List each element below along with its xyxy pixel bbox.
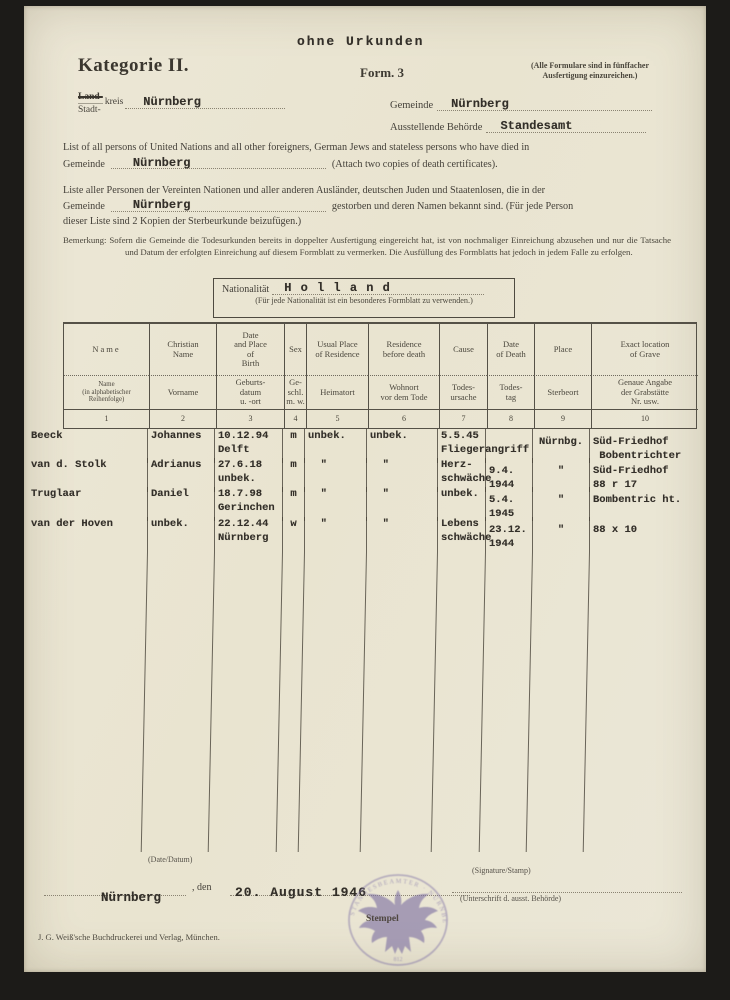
nationality-box: NationalitätH o l l a n d (Für jede Nati… [213, 278, 515, 318]
german-intro-line2: GemeindeNürnberggestorben und deren Name… [63, 199, 673, 215]
cell-death-place: " [533, 517, 590, 552]
deaths-table: Name Christian Name Date and Place of Bi… [63, 322, 697, 852]
category-title: Kategorie II. [78, 55, 189, 77]
header-cell-name-en: Name [64, 324, 149, 376]
header-cell-residence-en: Usual Place of Residence [306, 324, 368, 376]
english-intro-line1: List of all persons of United Nations an… [63, 140, 673, 156]
empty-column [527, 552, 590, 852]
place-typed: Nürnberg [101, 891, 161, 905]
kreis-label: kreis [105, 97, 123, 107]
english-intro: List of all persons of United Nations an… [63, 140, 673, 173]
empty-column [480, 552, 533, 852]
gemeinde-dotted-line-en: Nürnberg [111, 156, 326, 169]
cell-residence: " [305, 517, 367, 552]
column-number: 2 [149, 410, 216, 428]
nationality-note: (Für jede Nationalität ist ein besondere… [222, 296, 506, 305]
column-number: 3 [216, 410, 284, 428]
gemeinde-field: GemeindeNürnberg [390, 98, 652, 111]
cell-birth: 18.7.98 Gerinchen [215, 487, 283, 521]
stempel-label: Stempel [366, 914, 399, 924]
ohne-urkunden-note: ohne Urkunden [297, 34, 424, 49]
cell-residence-before-death: " [367, 487, 438, 521]
nationality-label: Nationalität [222, 284, 269, 295]
cell-death-date: 23.12. 1944 [486, 517, 533, 552]
authority-dotted-line: Standesamt [486, 120, 646, 133]
table-row: Beeck Johannes 10.12.94 Delft m unbek. u… [63, 429, 697, 458]
header-cell-geburtsdatum-de: Geburts- datum u. -ort [216, 376, 284, 410]
header-cell-name-de: Name (in alphabetischer Reihenfolge) [64, 376, 149, 410]
cell-sex: w [283, 517, 305, 552]
german-intro-line3: dieser Liste sind 2 Kopien der Sterbeurk… [63, 214, 673, 230]
header-cell-todesursache-de: Todes- ursache [439, 376, 487, 410]
authority-label: Ausstellende Behörde [390, 122, 482, 133]
den-label: , den [192, 882, 211, 893]
remark-text: Sofern die Gemeinde die Todesurkunden be… [109, 235, 671, 257]
header-cell-christian-name-en: Christian Name [149, 324, 216, 376]
empty-column [432, 552, 486, 852]
column-number: 7 [439, 410, 487, 428]
empty-column [142, 552, 215, 852]
authority-value: Standesamt [500, 119, 572, 133]
cell-sex: m [283, 487, 305, 521]
cell-name: van der Hoven [63, 517, 148, 552]
header-cell-sex-en: Sex [284, 324, 306, 376]
cell-grave: 88 x 10 [590, 517, 697, 552]
gemeinde-label-de: Gemeinde [63, 201, 105, 212]
nationality-value: H o l l a n d [284, 281, 391, 295]
column-number: 8 [487, 410, 534, 428]
stamp-bottom-text: 812 [394, 957, 403, 963]
column-number: 10 [591, 410, 698, 428]
header-cell-heimatort-de: Heimatort [306, 376, 368, 410]
cell-birth: 22.12.44 Nürnberg [215, 517, 283, 552]
column-number: 6 [368, 410, 439, 428]
cell-death-place: " [533, 487, 590, 521]
german-intro-line2-rest: gestorben und deren Namen bekannt sind. … [332, 201, 573, 212]
empty-column [299, 552, 367, 852]
cell-grave: Bombentric ht. [590, 487, 697, 521]
form-page: ohne Urkunden Kategorie II. Form. 3 (All… [24, 6, 706, 972]
cell-first-name: Daniel [148, 487, 215, 521]
empty-column [57, 552, 148, 852]
cell-residence-before-death: " [367, 517, 438, 552]
land-stadt-stack: Land-Stadt- [78, 92, 103, 115]
kreis-value: Nürnberg [143, 95, 201, 109]
column-number: 5 [306, 410, 368, 428]
gemeinde-dotted-line: Nürnberg [437, 98, 652, 111]
header-cell-birth-en: Date and Place of Birth [216, 324, 284, 376]
cell-cause: Lebens schwäche [438, 517, 486, 552]
land-label-struck: Land- [78, 92, 103, 104]
cell-name: Truglaar [63, 487, 148, 521]
kreis-field: Land-Stadt-kreisNürnberg [78, 92, 285, 115]
date-label: (Date/Datum) [148, 855, 192, 864]
german-intro: Liste aller Personen der Vereinten Natio… [63, 183, 673, 230]
header-row-numbers: 1 2 3 4 5 6 7 8 9 10 [64, 410, 696, 428]
signature-label: (Signature/Stamp) [472, 866, 531, 875]
table-row: van der Hoven unbek. 22.12.44 Nürnberg w… [63, 517, 697, 552]
gemeinde-value-de: Nürnberg [133, 198, 191, 212]
table-row: van d. Stolk Adrianus 27.6.18 unbek. m "… [63, 458, 697, 487]
attach-note: (Attach two copies of death certificates… [332, 159, 498, 170]
header-cell-sterbeort-de: Sterbeort [534, 376, 591, 410]
column-number: 1 [64, 410, 149, 428]
cell-residence: " [305, 487, 367, 521]
stadt-label: Stadt- [78, 104, 103, 115]
empty-column [209, 552, 283, 852]
table-header: Name Christian Name Date and Place of Bi… [63, 322, 697, 429]
kreis-dotted-line: Nürnberg [125, 96, 285, 109]
empty-column [584, 552, 697, 852]
scanned-document: ohne Urkunden Kategorie II. Form. 3 (All… [0, 0, 730, 1000]
remark-paragraph: Bemerkung: Sofern die Gemeinde die Todes… [63, 235, 671, 258]
gemeinde-label-en: Gemeinde [63, 159, 105, 170]
header-cell-death-place-en: Place [534, 324, 591, 376]
column-number: 9 [534, 410, 591, 428]
header-cell-todestag-de: Todes- tag [487, 376, 534, 410]
header-cell-residence-before-death-en: Residence before death [368, 324, 439, 376]
cell-first-name: unbek. [148, 517, 215, 552]
gemeinde-value-en: Nürnberg [133, 156, 191, 170]
header-cell-wohnort-de: Wohnort vor dem Tode [368, 376, 439, 410]
header-cell-cause-en: Cause [439, 324, 487, 376]
header-cell-vorname-de: Vorname [149, 376, 216, 410]
header-row-english: Name Christian Name Date and Place of Bi… [64, 324, 696, 376]
remark-label: Bemerkung: [63, 235, 107, 245]
empty-column [361, 552, 438, 852]
column-number: 4 [284, 410, 306, 428]
gemeinde-label: Gemeinde [390, 100, 433, 111]
authority-field: Ausstellende BehördeStandesamt [390, 120, 646, 133]
header-cell-geschlecht-de: Ge- schl. m. w. [284, 376, 306, 410]
header-cell-death-date-en: Date of Death [487, 324, 534, 376]
cell-death-date: 5.4. 1945 [486, 487, 533, 521]
signature-dotted-line [452, 880, 682, 893]
copies-note: (Alle Formulare sind in fünffacher Ausfe… [492, 61, 688, 80]
german-intro-line1: Liste aller Personen der Vereinten Natio… [63, 183, 673, 199]
table-row: Truglaar Daniel 18.7.98 Gerinchen m " " … [63, 487, 697, 517]
cell-cause: unbek. [438, 487, 486, 521]
header-cell-grabstaette-de: Genaue Angabe der Grabstätte Nr. usw. [591, 376, 698, 410]
nationality-dotted-line: H o l l a n d [272, 282, 484, 295]
form-number: Form. 3 [360, 65, 404, 81]
header-cell-grave-en: Exact location of Grave [591, 324, 698, 376]
printer-imprint: J. G. Weiß'sche Buchdruckerei und Verlag… [38, 932, 220, 942]
english-intro-line2: GemeindeNürnberg(Attach two copies of de… [63, 156, 673, 173]
gemeinde-value: Nürnberg [451, 97, 509, 111]
nationality-line: NationalitätH o l l a n d [222, 282, 506, 295]
gemeinde-dotted-line-de: Nürnberg [111, 199, 326, 212]
header-row-german: Name (in alphabetischer Reihenfolge) Vor… [64, 376, 696, 410]
unterschrift-label: (Unterschrift d. ausst. Behörde) [460, 894, 561, 903]
table-empty-extension [57, 552, 697, 852]
